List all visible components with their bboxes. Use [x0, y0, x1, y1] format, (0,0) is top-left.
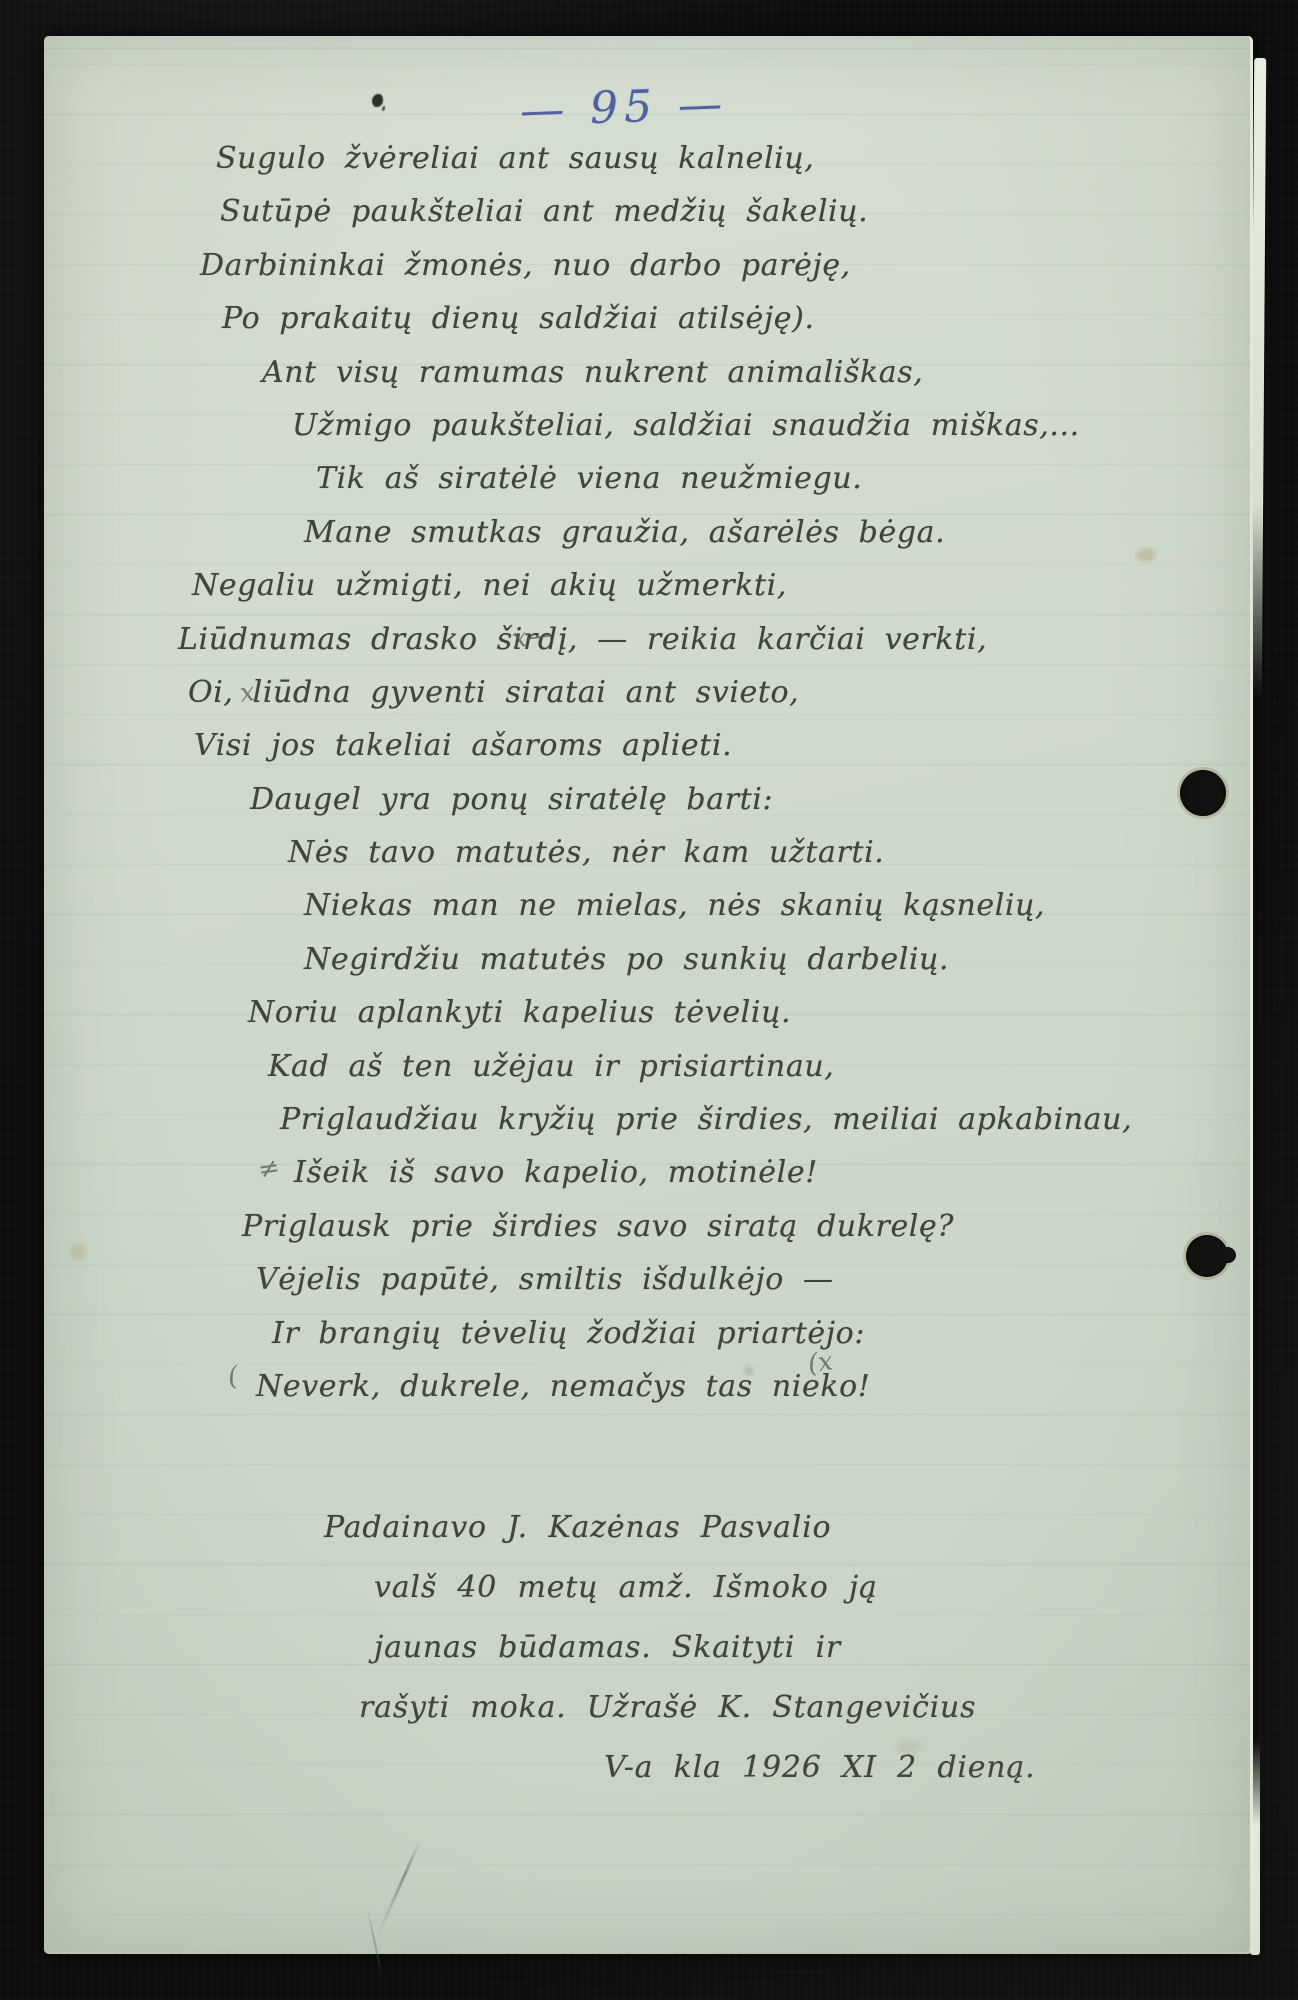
poem-line: Negaliu užmigti, nei akių užmerkti,: [192, 559, 1250, 612]
colophon-line: jaunas būdamas. Skaityti ir: [374, 1618, 1250, 1678]
scanned-manuscript-page: { "document": { "page_number": "— 95 —",…: [0, 0, 1298, 2000]
underlying-page-edge: [1250, 1740, 1260, 1955]
poem-line: Nės tavo matutės, nėr kam užtarti.: [288, 826, 1250, 879]
poem-line: Darbininkai žmonės, nuo darbo parėję,: [200, 239, 1250, 292]
pencil-annotation: (x: [806, 1346, 835, 1379]
poem-line: Mane smutkas graužia, ašarėlės bėga.: [304, 506, 1250, 559]
colophon: Padainavo J. Kazėnas Pasvaliovalš 40 met…: [44, 1498, 1250, 1798]
poem-line: Negirdžiu matutės po sunkių darbelių.: [304, 933, 1250, 986]
poem-line: Vėjelis papūtė, smiltis išdulkėjo —: [256, 1253, 1250, 1306]
pencil-annotation: ≠: [256, 1153, 282, 1186]
poem-line: Ir brangių tėvelių žodžiai priartėjo:: [272, 1307, 1250, 1360]
poem-line: Priglaudžiau kryžių prie širdies, meilia…: [280, 1093, 1250, 1146]
poem-line: Po prakaitų dienų saldžiai atilsėję).: [222, 292, 1250, 345]
paper-crease: [374, 1840, 421, 1942]
poem-line: Priglausk prie širdies savo siratą dukre…: [242, 1200, 1250, 1253]
poem-line: Sutūpė paukšteliai ant medžių šakelių.: [220, 185, 1250, 238]
colophon-line: valš 40 metų amž. Išmoko ją: [374, 1558, 1250, 1618]
colophon-line: Padainavo J. Kazėnas Pasvalio: [324, 1498, 1250, 1558]
colophon-line: V-a kla 1926 XI 2 dieną.: [604, 1738, 1250, 1798]
poem-line: Tik aš siratėlė viena neužmiegu.: [316, 452, 1250, 505]
poem-line: Liūdnumas drasko širdį, — reikia karčiai…: [178, 613, 1250, 666]
poem-line: Ant visų ramumas nukrent animališkas,: [262, 346, 1250, 399]
poem: Sugulo žvėreliai ant sausų kalnelių,Sutū…: [44, 132, 1250, 1413]
poem-line: Užmigo paukšteliai, saldžiai snaudžia mi…: [292, 399, 1250, 452]
poem-line: Noriu aplankyti kapelius tėvelių.: [248, 986, 1250, 1039]
poem-line: Išeik iš savo kapelio, motinėle!: [294, 1146, 1250, 1199]
colophon-line: rašyti moka. Užrašė K. Stangevičius: [359, 1678, 1250, 1738]
punch-hole-top: [1180, 770, 1226, 816]
punch-hole-bottom: [1186, 1235, 1228, 1277]
poem-line: Visi jos takeliai ašaroms aplieti.: [194, 719, 1250, 772]
poem-line: Niekas man ne mielas, nės skanių kąsneli…: [304, 879, 1250, 932]
poem-line: Kad aš ten užėjau ir prisiartinau,: [268, 1040, 1250, 1093]
ink-blot: [372, 94, 383, 107]
poem-line: Sugulo žvėreliai ant sausų kalnelių,: [216, 132, 1250, 185]
page-number: — 95 —: [473, 77, 775, 138]
poem-line: Daugel yra ponų siratėlę barti:: [250, 773, 1250, 826]
poem-line: Oi, liūdna gyventi siratai ant svieto,: [188, 666, 1250, 719]
manuscript-paper: — 95 — Sugulo žvėreliai ant sausų kalnel…: [44, 36, 1253, 1954]
poem-line: Neverk, dukrele, nemačys tas nieko!: [256, 1360, 1250, 1413]
pencil-annotation: x—: [510, 619, 554, 654]
